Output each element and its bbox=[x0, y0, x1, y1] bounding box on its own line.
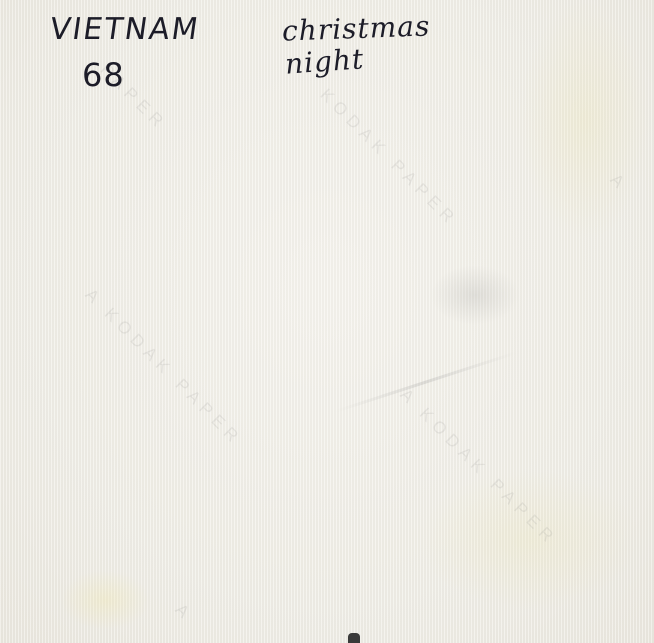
handwritten-location: VIETNAM bbox=[48, 12, 202, 47]
yellow-stain bbox=[60, 570, 150, 630]
edge-mark bbox=[348, 633, 360, 643]
handwritten-time: night bbox=[284, 42, 365, 80]
yellow-stain bbox=[520, 0, 650, 240]
yellow-stain bbox=[420, 470, 640, 610]
photo-back: KODAK PAPER A KODAK PAPER A KODAK PAPER … bbox=[0, 0, 654, 643]
grey-smudge bbox=[430, 265, 520, 325]
kodak-watermark: KODAK PAPER bbox=[316, 85, 462, 231]
kodak-watermark: A bbox=[171, 600, 197, 626]
kodak-watermark: A KODAK PAPER bbox=[81, 285, 246, 450]
handwritten-year: 68 bbox=[82, 56, 125, 94]
